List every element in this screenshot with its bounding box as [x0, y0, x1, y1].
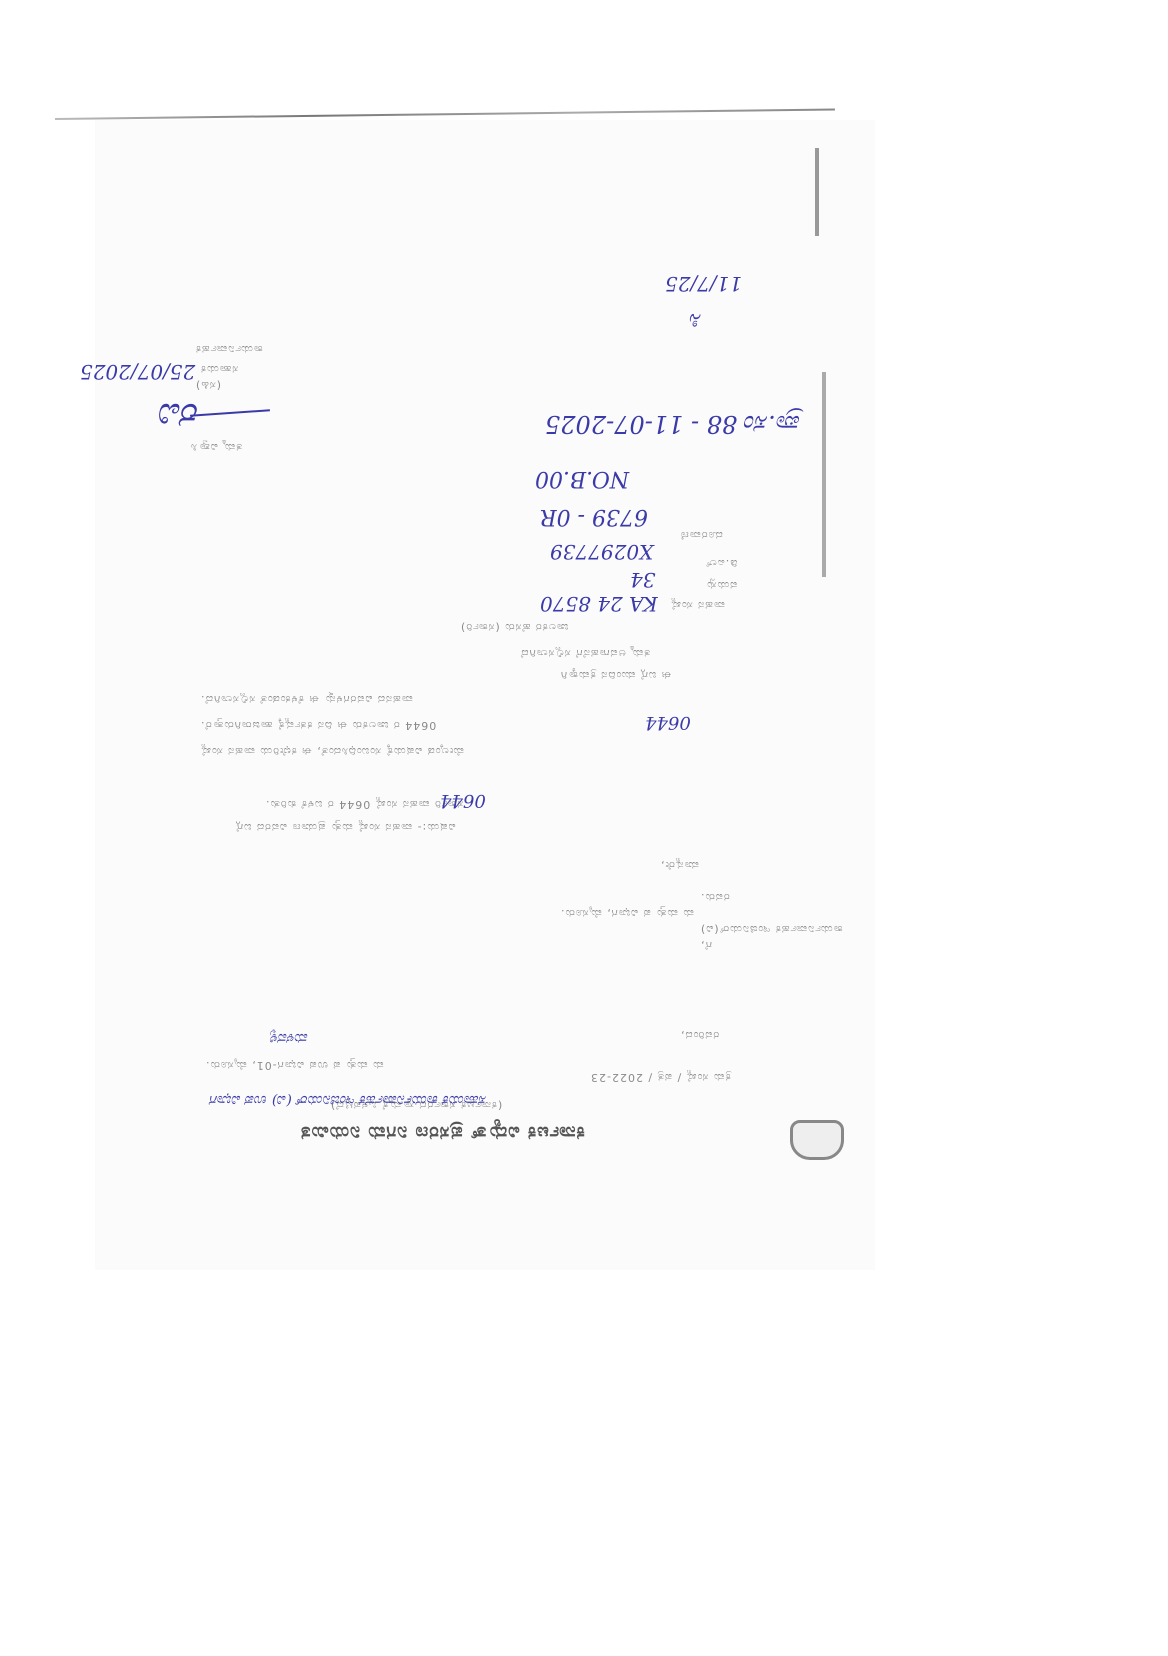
signature-designation-bottom: ಕಾರ್ಯನಿರ್ವಾಹಕ [195, 342, 263, 356]
detail-label-dl: ಡಿ.ಎಲ್ [705, 556, 737, 570]
handwritten-note-code: NO.B.00 [535, 466, 629, 491]
subject-line-2: ಸರ್ಕಾರಿ ವಾಹನ ಸಂಖ್ಯೆ 0644 ರ ಬಳಕೆ ಕುರಿತು. [265, 797, 463, 811]
body-line-5: ತಮ್ಮ ಅವಗಾಹನೆಗೆ ಸಲ್ಲಿಸಲಾಗಿದೆ [520, 646, 650, 660]
margin-date: 11/7/25 [665, 272, 742, 296]
handwritten-place: ಮಳವಳ್ಳಿ [270, 1030, 308, 1046]
scan-edge-right-mid [822, 372, 826, 577]
subject-line-1: ವಿಷಯ:- ವಾಹನ ಸಂಖ್ಯೆ ಮತ್ತು ಪ್ರಯಾಣ ವಿವರದ ಬಗ… [235, 820, 456, 834]
signature-designation-top: ತಮ್ಮ ವಿಶ್ವಾಸಿ [190, 440, 242, 454]
ref-number: ಕ್ರಮ ಸಂಖ್ಯೆ / ಪತ್ರ / 2022-23 [590, 1070, 731, 1084]
detail-value-phone: 6739 - 0R [540, 504, 648, 529]
body-line-2: 0644 ರ ಚಾಲಕರು ಈ ದಿನ ಕರ್ತವ್ಯಕ್ಕೆ ಹಾಜರಾಗಿರ… [200, 718, 436, 732]
to-line-1: ಗೆ, [700, 938, 712, 952]
stamp-line-2: ಸಹಾಯಕ [200, 362, 238, 376]
kptcl-logo-icon [790, 1120, 844, 1160]
detail-label-phone: ದೂರವಾಣಿ [680, 528, 723, 542]
stamp-line-1: (ಸಹಿ) [195, 378, 221, 392]
detail-label-driver: ಚಾಲಕರ ಹೆಸರು (ಸರ್ಕಾರಿ) [460, 620, 568, 634]
detail-label-vehicle: ವಾಹನ ಸಂಖ್ಯೆ [670, 598, 725, 612]
to-line-4: ರವರು. [700, 890, 730, 904]
scan-edge-line [55, 108, 835, 120]
detail-value-dl: X0297739 [550, 540, 653, 564]
body-line-1: ಮೇಲ್ಕಂಡ ವಿಷಯಕ್ಕೆ ಸಂಬಂಧಿಸಿದಂತೆ, ಈ ಕಛೇರಿಯ … [200, 744, 464, 758]
detail-value-vehicle: KA 24 8570 [540, 592, 658, 616]
to-line-3: ಮ ಮತ್ತು ಪ ವಿಭಾಗ, ಮೈಸೂರು. [560, 906, 694, 920]
salutation-from: ರವರಿಂದ, [680, 1028, 719, 1042]
handwritten-vehicle-ref-body: 0644 [645, 712, 691, 733]
to-line-2: ಕಾರ್ಯನಿರ್ವಾಹಕ ಇಂಜಿನಿಯರ್(ವಿ) [700, 922, 843, 936]
header-title: ಕರ್ನಾಟಕ ವಿದ್ಯುತ್ ಪ್ರಸರಣ ನಿಗಮ ನಿಯಮಿತ [300, 1122, 585, 1143]
handwritten-vehicle-ref-subject: 0644 [440, 790, 486, 811]
header-location: ಮ ಮತ್ತು ಪ ಉಪ ವಿಭಾಗ-01, ಮೈಸೂರು. [205, 1058, 384, 1072]
margin-initial: ಸಿ [690, 308, 702, 333]
detail-label-age: ವಯಸ್ಸು [705, 578, 737, 592]
greeting: ಮಾನ್ಯರೇ, [660, 858, 699, 872]
body-line-4: ಈ ಬಗ್ಗೆ ಮುಂದಿನ ಕ್ರಮಕ್ಕಾಗಿ [560, 668, 671, 682]
body-line-3: ವಾಹನದ ವಿವರಗಳನ್ನು ಈ ಕೆಳಕಂಡಂತೆ ಸಲ್ಲಿಸಲಾಗಿದ… [200, 692, 413, 706]
detail-value-age: 34 [630, 568, 655, 592]
scan-edge-right-top [815, 148, 819, 236]
handwritten-date-line: ಪ್ರಾ.ಸಂ 88 - 11-07-2025 [545, 410, 801, 438]
signature-date: 25/07/2025 [80, 360, 195, 384]
handwritten-office: ಸಹಾಯಕ ಕಾರ್ಯನಿರ್ವಾಹಕ ಇಂಜಿನಿಯರ್ (ವಿ) ಉಪ ವಿ… [210, 1092, 487, 1108]
